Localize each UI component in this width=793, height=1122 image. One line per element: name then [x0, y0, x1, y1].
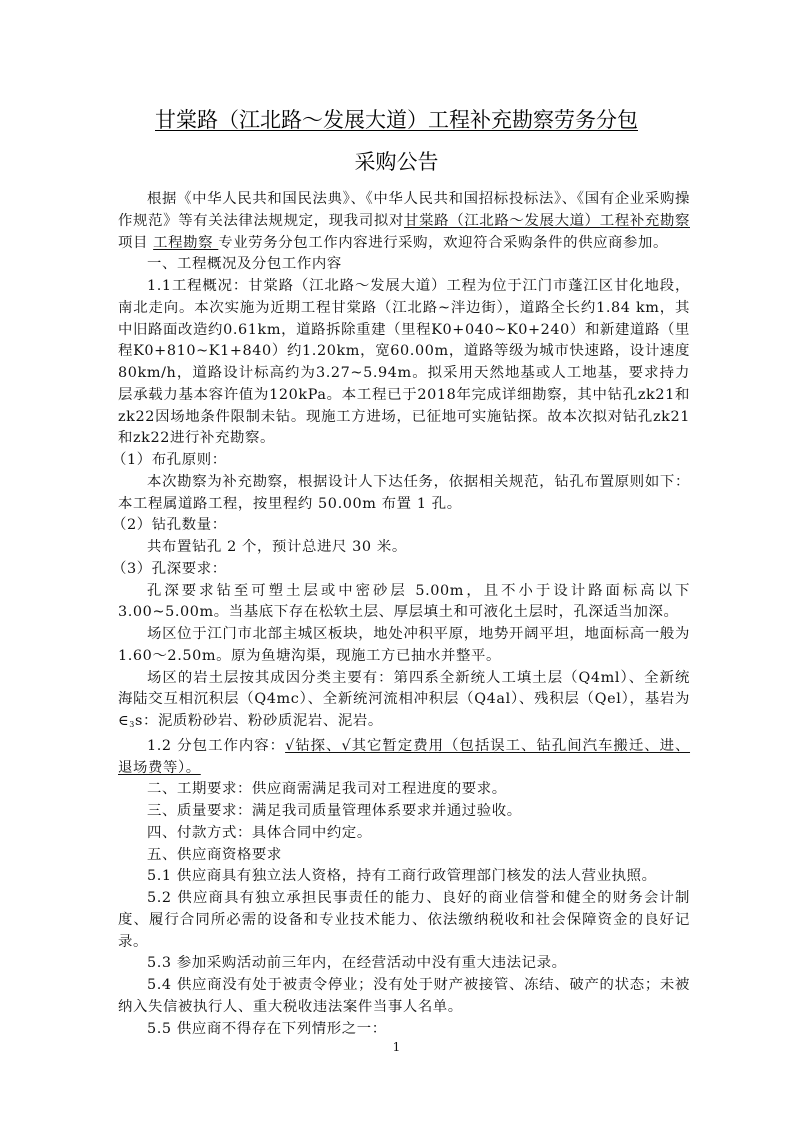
hole-depth-heading: （3）孔深要求：: [112, 559, 690, 581]
strata-description: 场区的岩土层按其成因分类主要有：第四系全新统人工填土层（Q4ml）、全新统海陆交…: [118, 668, 690, 736]
layout-principle-text: 本次勘察为补充勘察，根据设计人下达任务，依据相关规范，钻孔布置原则如下：本工程属…: [118, 472, 690, 516]
section5-heading: 五、供应商资格要求: [118, 845, 690, 867]
intro-paragraph: 根据《中华人民共和国民法典》、《中华人民共和国招标投标法》、《国有企业采购操作规…: [118, 189, 690, 254]
borehole-count-text: 共布置钻孔 2 个，预计总进尺 30 米。: [118, 537, 690, 559]
document-page: 甘棠路（江北路～发展大道）工程补充勘察劳务分包 采购公告 根据《中华人民共和国民…: [0, 0, 793, 1122]
qualification-item: 5.5 供应商不得存在下列情形之一：: [118, 1019, 690, 1041]
layout-principle-heading: （1）布孔原则：: [112, 450, 690, 472]
section1-heading: 一、工程概况及分包工作内容: [118, 254, 690, 276]
qualification-item: 5.2 供应商具有独立承担民事责任的能力、良好的商业信誉和健全的财务会计制度、履…: [118, 888, 690, 953]
borehole-count-heading: （2）钻孔数量：: [112, 515, 690, 537]
work-type: 工程勘察: [153, 235, 218, 251]
document-subtitle: 采购公告: [0, 146, 793, 176]
document-body: 根据《中华人民共和国民法典》、《中华人民共和国招标投标法》、《国有企业采购操作规…: [118, 189, 690, 1040]
site-description: 场区位于江门市北部主城区板块，地处冲积平原，地势开阔平坦，地面标高一般为 1.6…: [118, 624, 690, 668]
qualification-item: 5.4 供应商没有处于被责令停业；没有处于财产被接管、冻结、破产的状态；未被纳入…: [118, 975, 690, 1019]
section4-payment: 四、付款方式：具体合同中约定。: [118, 823, 690, 845]
page-number: 1: [0, 1040, 793, 1054]
project-overview: 1.1工程概况：甘棠路（江北路～发展大道）工程为位于江门市蓬江区甘化地段，南北走…: [118, 276, 690, 450]
subcontract-scope: 1.2 分包工作内容：√钻探、√其它暂定费用（包括误工、钻孔间汽车搬迁、进、退场…: [118, 736, 690, 780]
qualification-item: 5.1 供应商具有独立法人资格，持有工商行政管理部门核发的法人营业执照。: [118, 866, 690, 888]
project-name: 甘棠路（江北路～发展大道）工程补充勘察: [404, 213, 690, 229]
document-title: 甘棠路（江北路～发展大道）工程补充勘察劳务分包: [0, 104, 793, 134]
section2-schedule: 二、工期要求：供应商需满足我司对工程进度的要求。: [118, 779, 690, 801]
hole-depth-text: 孔深要求钻至可塑土层或中密砂层 5.00m，且不小于设计路面标高以下 3.00~…: [118, 581, 690, 625]
section3-quality: 三、质量要求：满足我司质量管理体系要求并通过验收。: [118, 801, 690, 823]
qualification-item: 5.3 参加采购活动前三年内，在经营活动中没有重大违法记录。: [118, 953, 690, 975]
